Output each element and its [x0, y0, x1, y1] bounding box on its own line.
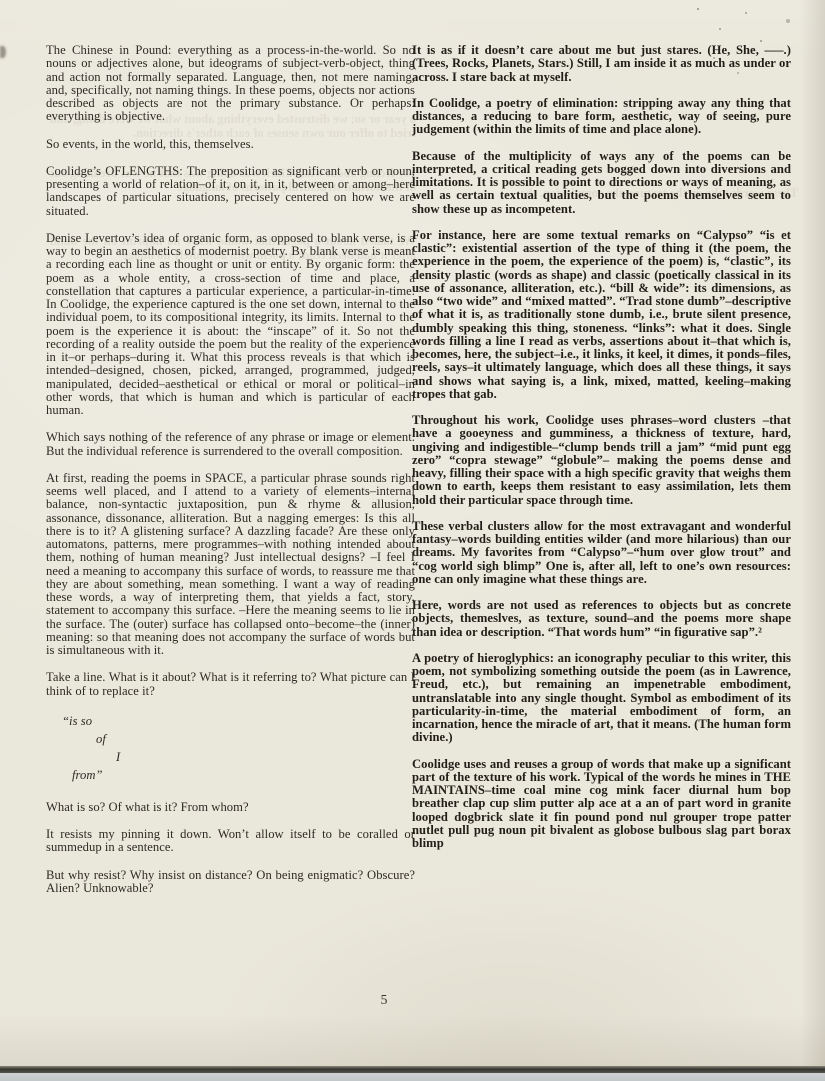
paragraph: These verbal clusters allow for the most…	[412, 520, 791, 586]
page-surface: a year or so; we distrusted everything a…	[0, 0, 825, 1067]
paragraph: The Chinese in Pound: everything as a pr…	[46, 44, 415, 124]
paragraph: Because of the multiplicity of ways any …	[412, 150, 791, 216]
scanner-background	[0, 1073, 825, 1081]
paragraph: Here, words are not used as references t…	[412, 599, 791, 639]
paragraph: A poetry of hieroglyphics: an iconograph…	[412, 652, 791, 745]
page-number: 5	[372, 992, 396, 1008]
quote-line: “is so	[46, 712, 415, 730]
paragraph: At first, reading the poems in SPACE, a …	[46, 472, 415, 658]
paragraph: Take a line. What is it about? What is i…	[46, 671, 415, 698]
paragraph: Coolidge uses and reuses a group of word…	[412, 758, 791, 851]
paragraph: Throughout his work, Coolidge uses phras…	[412, 414, 791, 507]
paragraph: So events, in the world, this, themselve…	[46, 138, 415, 151]
paragraph: In Coolidge, a poetry of elimination: st…	[412, 97, 791, 137]
scan-specks	[697, 8, 699, 10]
paragraph: Denise Levertov’s idea of organic form, …	[46, 232, 415, 418]
left-column: The Chinese in Pound: everything as a pr…	[46, 44, 415, 909]
paragraph: But why resist? Why insist on distance? …	[46, 869, 415, 896]
paragraph: It is as if it doesn’t care about me but…	[412, 44, 791, 84]
paragraph: Coolidge’s OFLENGTHS: The preposition as…	[46, 165, 415, 218]
quote-line: of	[46, 730, 415, 748]
scan-bottom-edge	[0, 1066, 825, 1073]
right-column: It is as if it doesn’t care about me but…	[412, 44, 791, 863]
quote-line: from”	[46, 766, 415, 784]
paragraph: For instance, here are some textual rema…	[412, 229, 791, 401]
paragraph: What is so? Of what is it? From whom?	[46, 801, 415, 814]
verse-quote: “is soofIfrom”	[46, 712, 415, 784]
paragraph: Which says nothing of the reference of a…	[46, 431, 415, 458]
scanned-page: a year or so; we distrusted everything a…	[0, 0, 825, 1081]
paragraph: It resists my pinning it down. Won’t all…	[46, 828, 415, 855]
edge-smudge	[0, 46, 6, 58]
quote-line: I	[46, 748, 415, 766]
